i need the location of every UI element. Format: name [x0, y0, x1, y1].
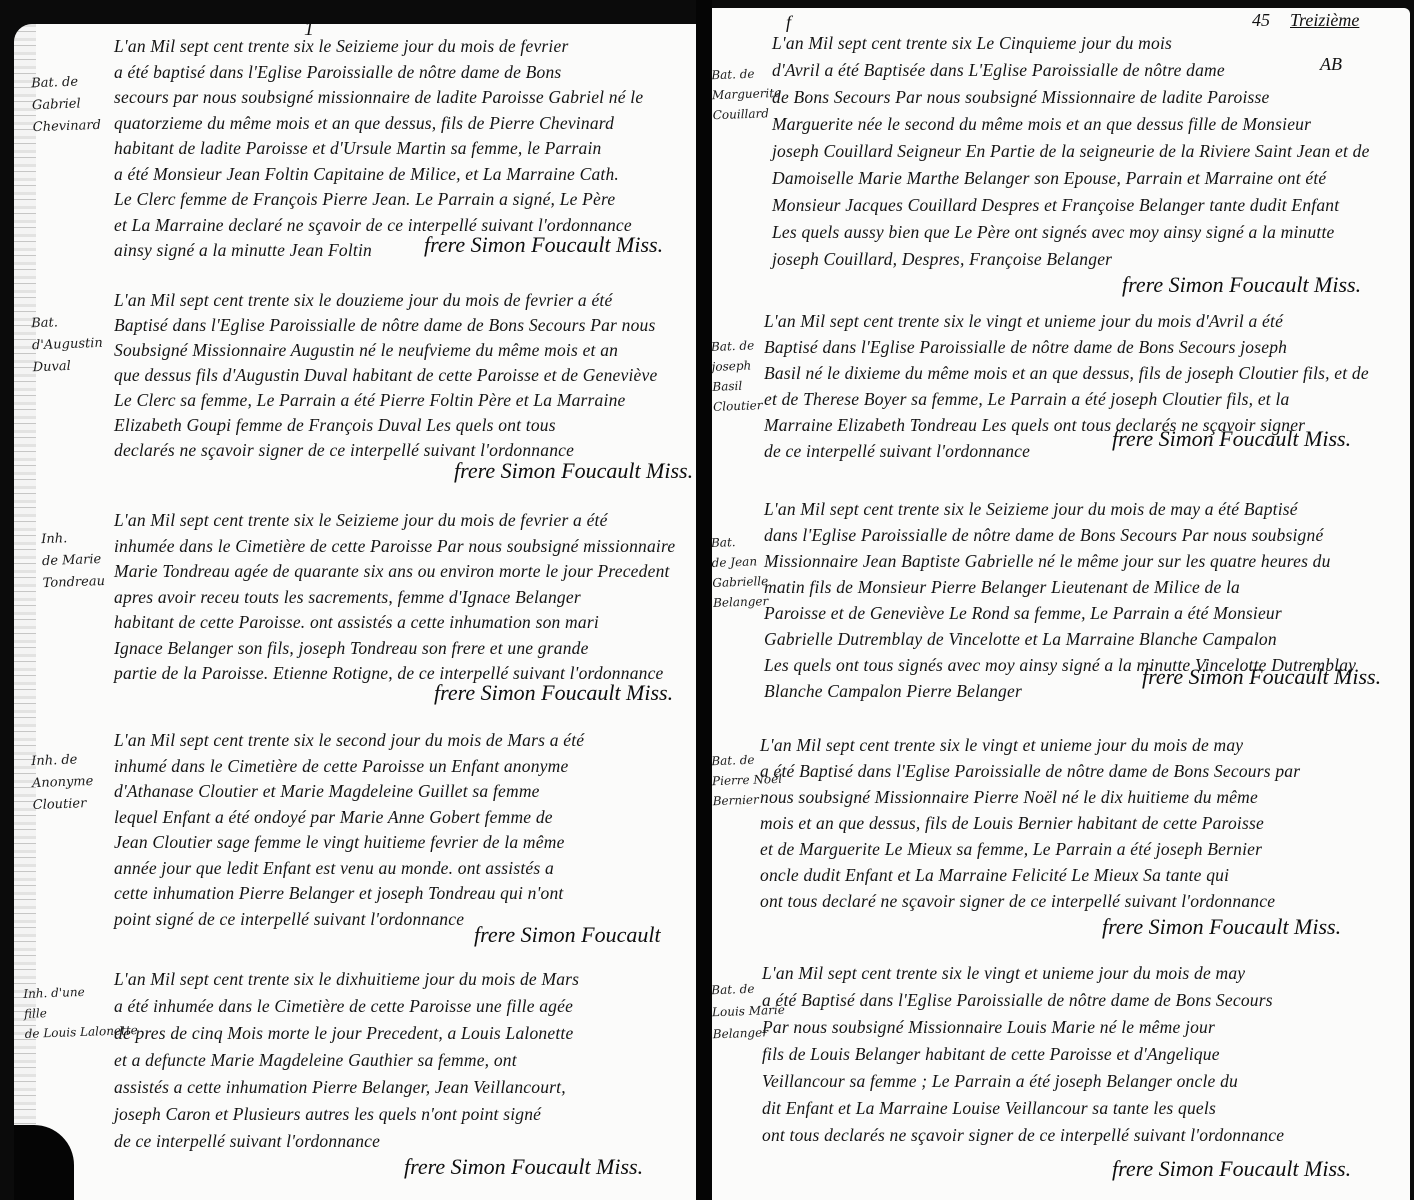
margin-note: Bat. d'Augustin Duval: [31, 311, 104, 379]
entry-text: L'an Mil sept cent trente six Le Cinquie…: [772, 30, 1370, 273]
register-entry-baptism-pierre-noel-bernier: Bat. de Pierre Noël Bernier L'an Mil sep…: [712, 730, 1410, 950]
text-line: de pres de cinq Mois morte le jour Prece…: [114, 1020, 579, 1047]
text-line: matin fils de Monsieur Pierre Belanger L…: [764, 574, 1356, 600]
text-line: dit Enfant et La Marraine Louise Veillan…: [762, 1095, 1284, 1122]
margin-line: Tondreau: [42, 571, 105, 595]
register-entry-baptism-jean-gabrielle-belanger: Bat. de Jean Gabrielle Belanger L'an Mil…: [712, 496, 1410, 716]
text-line: apres avoir receu touts les sacrements, …: [114, 585, 675, 611]
margin-line: Cloutier: [32, 793, 94, 817]
margin-note: Bat. de Gabriel Chevinard: [31, 71, 101, 139]
signature: frere Simon Foucault Miss.: [424, 232, 663, 258]
register-entry-burial-fille-lalonette: Inh. d'une fille de Louis Lalonette L'an…: [14, 954, 696, 1200]
entry-text: L'an Mil sept cent trente six le second …: [114, 728, 584, 932]
text-line: quatorzieme du même mois et an que dessu…: [114, 111, 643, 137]
text-line: a été Baptisé dans l'Eglise Paroissialle…: [760, 758, 1300, 784]
margin-line: Basil: [712, 375, 762, 397]
text-line: a été Monsieur Jean Foltin Capitaine de …: [114, 162, 643, 188]
text-line: nous soubsigné Missionnaire Pierre Noël …: [760, 784, 1300, 810]
margin-line: Belanger: [713, 591, 770, 613]
signature: frere Simon Foucault Miss.: [404, 1154, 643, 1180]
entry-text: L'an Mil sept cent trente six le Seiziem…: [114, 34, 643, 264]
signature-text: frere Simon Foucault Miss.: [434, 680, 673, 705]
signature: frere Simon Foucault Miss.: [1102, 914, 1341, 940]
margin-line: de Marie: [42, 549, 105, 573]
signature-text: frere Simon Foucault Miss.: [424, 232, 663, 257]
register-entry-baptism-gabriel: Bat. de Gabriel Chevinard L'an Mil sept …: [14, 24, 696, 284]
signature-text: frere Simon Foucault Miss.: [1112, 1156, 1351, 1181]
text-line: Gabrielle Dutremblay de Vincelotte et La…: [764, 626, 1356, 652]
right-page: f 45 Treizième AB Bat. de Marguerite Cou…: [712, 8, 1410, 1200]
text-line: joseph Couillard, Despres, Françoise Bel…: [772, 246, 1370, 273]
entry-text: L'an Mil sept cent trente six le vingt e…: [762, 960, 1284, 1149]
signature: frere Simon Foucault: [474, 922, 661, 948]
margin-line: Bat. de: [712, 63, 781, 85]
text-line: Marguerite née le second du même mois et…: [772, 111, 1370, 138]
text-line: a été Baptisé dans l'Eglise Paroissialle…: [762, 987, 1284, 1014]
text-line: cette inhumation Pierre Belanger et jose…: [114, 881, 584, 907]
register-entry-burial-anonyme-cloutier: Inh. de Anonyme Cloutier L'an Mil sept c…: [14, 714, 696, 954]
text-line: dans l'Eglise Paroissialle de nôtre dame…: [764, 522, 1356, 548]
margin-line: Bat. de: [31, 71, 100, 95]
margin-line: Inh.: [41, 527, 104, 551]
signature: frere Simon Foucault Miss.: [454, 458, 693, 484]
margin-line: Inh. de: [31, 749, 93, 773]
margin-line: Cloutier: [713, 395, 763, 417]
margin-line: Chevinard: [32, 115, 101, 139]
signature-text: frere Simon Foucault Miss.: [404, 1154, 643, 1179]
entry-text: L'an Mil sept cent trente six le Seiziem…: [114, 508, 675, 687]
signature: frere Simon Foucault Miss.: [1112, 426, 1351, 452]
text-line: d'Athanase Cloutier et Marie Magdeleine …: [114, 779, 584, 805]
text-line: ont tous declarés ne sçavoir signer de c…: [762, 1122, 1284, 1149]
text-line: mois et an que dessus, fils de Louis Ber…: [760, 810, 1300, 836]
margin-line: d'Augustin: [32, 333, 104, 357]
text-line: Soubsigné Missionnaire Augustin né le ne…: [114, 338, 657, 363]
text-line: lequel Enfant a été ondoyé par Marie Ann…: [114, 805, 584, 831]
text-line: L'an Mil sept cent trente six le second …: [114, 728, 584, 754]
text-line: assistés a cette inhumation Pierre Belan…: [114, 1074, 579, 1101]
signature-text: frere Simon Foucault Miss.: [1102, 914, 1341, 939]
text-line: L'an Mil sept cent trente six le Seiziem…: [764, 496, 1356, 522]
text-line: inhumé dans le Cimetière de cette Parois…: [114, 754, 584, 780]
text-line: Le Clerc femme de François Pierre Jean. …: [114, 187, 643, 213]
text-line: L'an Mil sept cent trente six le vingt e…: [762, 960, 1284, 987]
signature-text: frere Simon Foucault Miss.: [454, 458, 693, 483]
text-line: ont tous declaré ne sçavoir signer de ce…: [760, 888, 1300, 914]
signature-text: frere Simon Foucault Miss.: [1142, 664, 1381, 689]
text-line: fils de Louis Belanger habitant de cette…: [762, 1041, 1284, 1068]
text-line: L'an Mil sept cent trente six le vingt e…: [760, 732, 1300, 758]
left-page: 1 Bat. de Gabriel Chevinard L'an Mil sep…: [14, 24, 696, 1200]
signature: frere Simon Foucault Miss.: [1142, 664, 1381, 690]
text-line: Paroisse et de Geneviève Le Rond sa femm…: [764, 600, 1356, 626]
text-line: Marie Tondreau agée de quarante six ans …: [114, 559, 675, 585]
text-line: Baptisé dans l'Eglise Paroissialle de nô…: [114, 313, 657, 338]
text-line: Jean Cloutier sage femme le vingt huitie…: [114, 830, 584, 856]
margin-line: Bat.: [31, 311, 103, 335]
margin-line: joseph: [712, 355, 761, 377]
text-line: L'an Mil sept cent trente six le douziem…: [114, 288, 657, 313]
text-line: a été baptisé dans l'Eglise Paroissialle…: [114, 60, 643, 86]
text-line: Baptisé dans l'Eglise Paroissialle de nô…: [764, 334, 1369, 360]
text-line: de ce interpellé suivant l'ordonnance: [114, 1128, 579, 1155]
text-line: joseph Caron et Plusieurs autres les que…: [114, 1101, 579, 1128]
signature: frere Simon Foucault Miss.: [1122, 272, 1361, 298]
text-line: habitant de cette Paroisse. ont assistés…: [114, 610, 675, 636]
text-line: joseph Couillard Seigneur En Partie de l…: [772, 138, 1370, 165]
text-line: inhumée dans le Cimetière de cette Paroi…: [114, 534, 675, 560]
margin-line: Duval: [32, 355, 104, 379]
text-line: secours par nous soubsigné missionnaire …: [114, 85, 643, 111]
text-line: Monsieur Jacques Couillard Despres et Fr…: [772, 192, 1370, 219]
margin-note: Bat. de Jean Gabrielle Belanger: [712, 531, 769, 613]
entry-text: L'an Mil sept cent trente six le douziem…: [114, 288, 657, 463]
text-line: oncle dudit Enfant et La Marraine Felici…: [760, 862, 1300, 888]
entry-text: L'an Mil sept cent trente six le vingt e…: [760, 732, 1300, 914]
register-entry-baptism-augustin: Bat. d'Augustin Duval L'an Mil sept cent…: [14, 264, 696, 494]
text-line: et a defuncte Marie Magdeleine Gauthier …: [114, 1047, 579, 1074]
margin-line: Bat.: [712, 531, 767, 553]
signature-text: frere Simon Foucault Miss.: [1122, 272, 1361, 297]
text-line: Les quels aussy bien que Le Père ont sig…: [772, 219, 1370, 246]
text-line: Le Clerc sa femme, Le Parrain a été Pier…: [114, 388, 657, 413]
text-line: Par nous soubsigné Missionnaire Louis Ma…: [762, 1014, 1284, 1041]
text-line: Veillancour sa femme ; Le Parrain a été …: [762, 1068, 1284, 1095]
text-line: de Bons Secours Par nous soubsigné Missi…: [772, 84, 1370, 111]
text-line: année jour que ledit Enfant est venu au …: [114, 856, 584, 882]
margin-note: Bat. de joseph Basil Cloutier: [712, 335, 763, 417]
register-entry-baptism-joseph-basil-cloutier: Bat. de joseph Basil Cloutier L'an Mil s…: [712, 308, 1410, 478]
book-gutter: [696, 0, 712, 1200]
text-line: Ignace Belanger son fils, joseph Tondrea…: [114, 636, 675, 662]
signature: frere Simon Foucault Miss.: [434, 680, 673, 706]
margin-line: Gabriel: [32, 93, 101, 117]
margin-line: de Jean: [712, 551, 768, 573]
margin-line: Bat. de: [712, 335, 761, 357]
text-line: et de Marguerite Le Mieux sa femme, Le P…: [760, 836, 1300, 862]
text-line: Basil né le dixieme du même mois et an q…: [764, 360, 1369, 386]
text-line: habitant de ladite Paroisse et d'Ursule …: [114, 136, 643, 162]
text-line: L'an Mil sept cent trente six le Seiziem…: [114, 508, 675, 534]
register-entry-baptism-louis-marie-belanger: Bat. de Louis Marie Belanger L'an Mil se…: [712, 960, 1410, 1200]
register-entry-baptism-marguerite-couillard: Bat. de Marguerite Couillard L'an Mil se…: [712, 8, 1410, 298]
margin-note: Inh. de Anonyme Cloutier: [31, 749, 95, 817]
text-line: L'an Mil sept cent trente six le dixhuit…: [114, 966, 579, 993]
text-line: Elizabeth Goupi femme de François Duval …: [114, 413, 657, 438]
margin-line: Gabrielle: [712, 571, 769, 593]
text-line: L'an Mil sept cent trente six le Seiziem…: [114, 34, 643, 60]
text-line: L'an Mil sept cent trente six le vingt e…: [764, 308, 1369, 334]
register-entry-burial-marie-tondreau: Inh. de Marie Tondreau L'an Mil sept cen…: [14, 484, 696, 714]
text-line: d'Avril a été Baptisée dans L'Eglise Par…: [772, 57, 1370, 84]
signature-text: frere Simon Foucault: [474, 922, 661, 947]
text-line: Damoiselle Marie Marthe Belanger son Epo…: [772, 165, 1370, 192]
text-line: Missionnaire Jean Baptiste Gabrielle né …: [764, 548, 1356, 574]
text-line: que dessus fils d'Augustin Duval habitan…: [114, 363, 657, 388]
text-line: et de Therese Boyer sa femme, Le Parrain…: [764, 386, 1369, 412]
signature-text: frere Simon Foucault Miss.: [1112, 426, 1351, 451]
text-line: L'an Mil sept cent trente six Le Cinquie…: [772, 30, 1370, 57]
margin-note: Inh. de Marie Tondreau: [41, 527, 105, 595]
margin-line: Anonyme: [32, 771, 94, 795]
text-line: a été inhumée dans le Cimetière de cette…: [114, 993, 579, 1020]
signature: frere Simon Foucault Miss.: [1112, 1156, 1351, 1182]
entry-text: L'an Mil sept cent trente six le dixhuit…: [114, 966, 579, 1155]
scanned-register-spread: 1 Bat. de Gabriel Chevinard L'an Mil sep…: [0, 0, 1414, 1200]
